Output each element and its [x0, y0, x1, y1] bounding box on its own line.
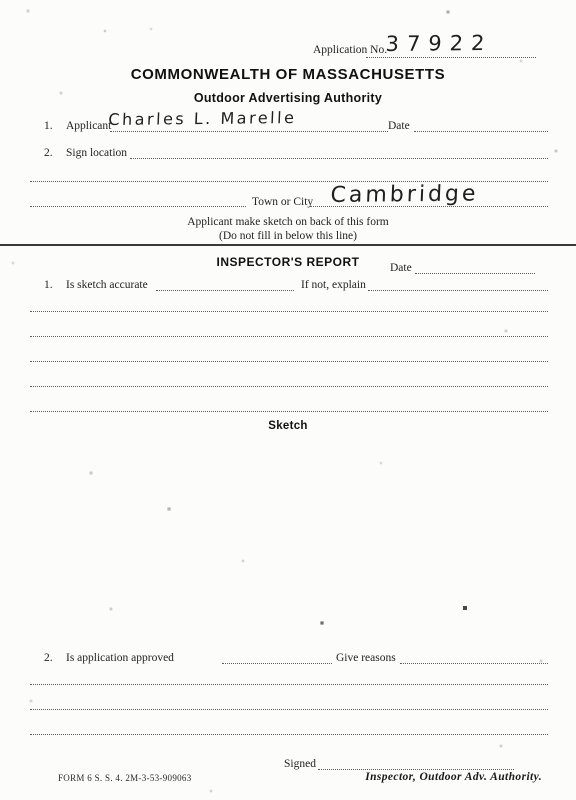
explain-line-1 [30, 311, 548, 312]
sketch-heading: Sketch [0, 420, 576, 432]
inspector-date-fill-line [415, 273, 535, 274]
sketch-note-line2: (Do not fill in below this line) [0, 230, 576, 242]
town-or-city-label: Town or City [252, 196, 313, 208]
q2-fill-line [222, 663, 332, 664]
applicant-value: Charles L. Marelle [108, 108, 297, 129]
sign-location-label: Sign location [66, 147, 127, 159]
explain-line-4 [30, 386, 548, 387]
q2-reasons-label: Give reasons [336, 652, 396, 664]
explain-line-3 [30, 361, 548, 362]
q2-number: 2. [44, 652, 53, 664]
sketch-note-line1: Applicant make sketch on back of this fo… [0, 216, 576, 228]
reasons-line-1 [30, 684, 548, 685]
signed-fill-line [318, 769, 514, 770]
town-fill-line-left [30, 206, 246, 207]
inspector-date-label: Date [390, 262, 412, 274]
form-subtitle: Outdoor Advertising Authority [0, 91, 576, 105]
explain-line-2 [30, 336, 548, 337]
q1-label: Is sketch accurate [66, 279, 148, 291]
application-no-value: 37922 [385, 31, 493, 56]
q2-reasons-fill-line [400, 663, 548, 664]
explain-line-5 [30, 411, 548, 412]
section-divider-rule [0, 244, 576, 246]
inspector-report-title: INSPECTOR'S REPORT [0, 255, 576, 269]
date-fill-line [414, 131, 548, 132]
q1-explain-label: If not, explain [301, 279, 366, 291]
signed-label: Signed [284, 758, 316, 770]
form-number: FORM 6 S. S. 4. 2M-3-53-909063 [58, 773, 192, 783]
form-title: COMMONWEALTH OF MASSACHUSETTS [0, 66, 576, 83]
q2-label: Is application approved [66, 652, 174, 664]
reasons-line-3 [30, 734, 548, 735]
reasons-line-2 [30, 709, 548, 710]
applicant-row-number: 1. [44, 120, 53, 132]
application-no-line [366, 57, 536, 58]
signature-title: Inspector, Outdoor Adv. Authority. [346, 771, 542, 783]
applicant-fill-line [110, 131, 388, 132]
application-no-label: Application No. [313, 44, 387, 56]
q1-fill-line [156, 290, 294, 291]
scan-noise-specks [0, 0, 2, 2]
applicant-label: Applicant [66, 120, 111, 132]
town-or-city-value: Cambridge [330, 181, 479, 208]
q1-explain-fill-line [368, 290, 548, 291]
sketch-blank-area [30, 436, 548, 644]
date-label: Date [388, 120, 410, 132]
q1-number: 1. [44, 279, 53, 291]
sign-location-fill-line [130, 158, 548, 159]
scanned-form-page: Application No. 37922 COMMONWEALTH OF MA… [0, 0, 576, 800]
sign-location-row-number: 2. [44, 147, 53, 159]
